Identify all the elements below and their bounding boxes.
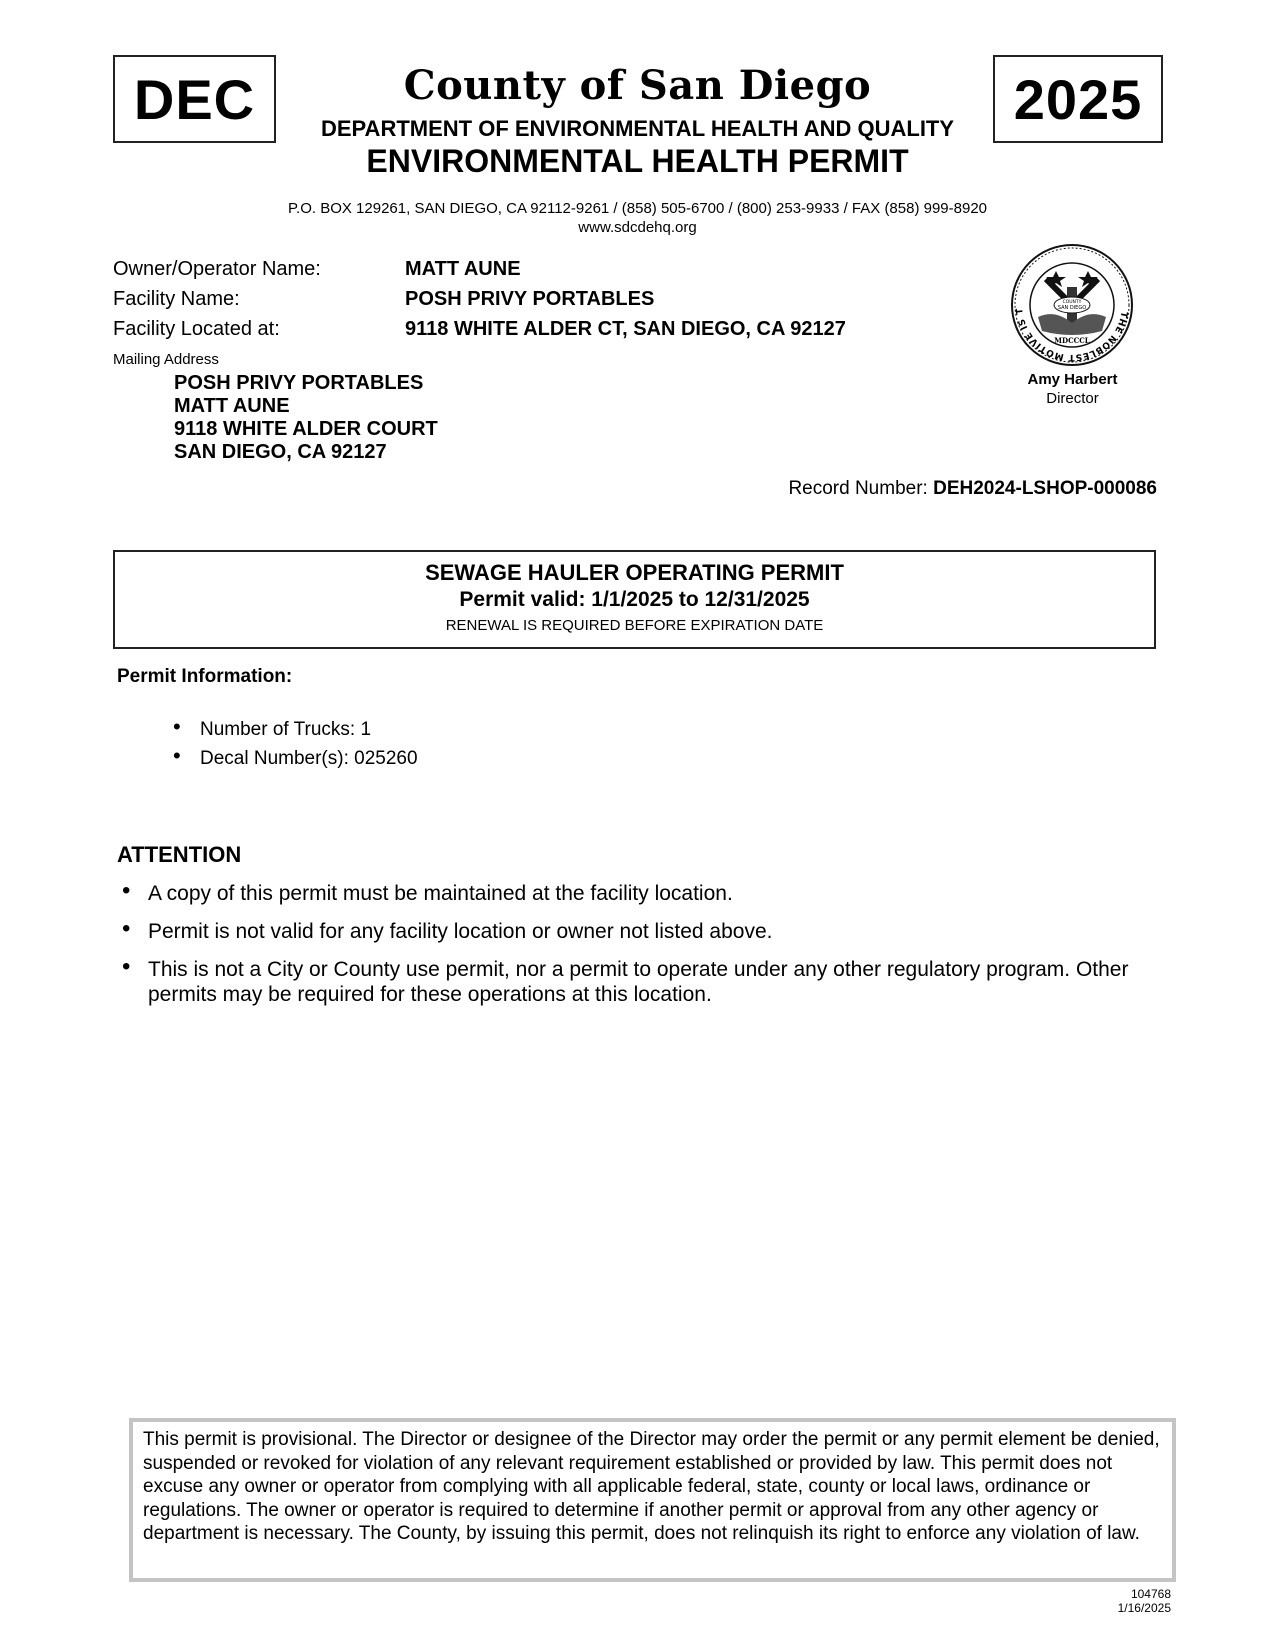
attention-list: A copy of this permit must be maintained… [148, 881, 1168, 1020]
list-item: A copy of this permit must be maintained… [148, 881, 1168, 906]
permit-summary-box: SEWAGE HAULER OPERATING PERMIT Permit va… [113, 550, 1156, 649]
owner-value: MATT AUNE [405, 258, 521, 281]
facility-name-label: Facility Name: [113, 288, 240, 311]
mailing-line: POSH PRIVY PORTABLES [174, 372, 438, 395]
permit-information-heading: Permit Information: [117, 666, 292, 688]
mailing-address-label: Mailing Address [113, 351, 219, 368]
director-name: Amy Harbert [1000, 370, 1145, 389]
county-seal-icon: THE NOBLEST MOTIVE IS THE PUBLIC GOOD CO… [1010, 243, 1134, 367]
department-name: DEPARTMENT OF ENVIRONMENTAL HEALTH AND Q… [290, 116, 985, 142]
list-item: Decal Number(s): 025260 [200, 744, 418, 773]
renewal-notice: RENEWAL IS REQUIRED BEFORE EXPIRATION DA… [115, 617, 1154, 634]
permit-validity: Permit valid: 1/1/2025 to 12/31/2025 [115, 588, 1154, 612]
record-number-value: DEH2024-LSHOP-000086 [933, 478, 1157, 499]
facility-location-label: Facility Located at: [113, 318, 280, 341]
owner-label: Owner/Operator Name: [113, 258, 321, 281]
attention-heading: ATTENTION [117, 842, 241, 868]
svg-text:SAN DIEGO: SAN DIEGO [1058, 305, 1086, 311]
record-number: Record Number: DEH2024-LSHOP-000086 [788, 478, 1157, 500]
facility-name-value: POSH PRIVY PORTABLES [405, 288, 654, 311]
contact-block: P.O. BOX 129261, SAN DIEGO, CA 92112-926… [150, 199, 1125, 237]
list-item: This is not a City or County use permit,… [148, 957, 1168, 1007]
list-item: Permit is not valid for any facility loc… [148, 919, 1168, 944]
permit-month: DEC [134, 67, 255, 132]
permit-month-box: DEC [113, 55, 276, 143]
document-heading: ENVIRONMENTAL HEALTH PERMIT [290, 143, 985, 180]
document-stamp: 104768 1/16/2025 [1118, 1587, 1171, 1615]
mailing-line: MATT AUNE [174, 395, 438, 418]
facility-location-value: 9118 WHITE ALDER CT, SAN DIEGO, CA 92127 [405, 318, 846, 341]
list-item: Number of Trucks: 1 [200, 715, 418, 744]
county-title: County of San Diego [300, 62, 975, 109]
record-number-label: Record Number: [788, 478, 927, 499]
mailing-address: POSH PRIVY PORTABLES MATT AUNE 9118 WHIT… [174, 372, 438, 464]
permit-information-list: Number of Trucks: 1 Decal Number(s): 025… [200, 715, 418, 773]
contact-line: P.O. BOX 129261, SAN DIEGO, CA 92112-926… [150, 199, 1125, 218]
permit-title: SEWAGE HAULER OPERATING PERMIT [115, 560, 1154, 586]
permit-year-box: 2025 [993, 55, 1163, 143]
director-block: Amy Harbert Director [1000, 370, 1145, 408]
director-title: Director [1000, 389, 1145, 408]
mailing-line: SAN DIEGO, CA 92127 [174, 441, 438, 464]
website: www.sdcdehq.org [150, 218, 1125, 237]
document-date: 1/16/2025 [1118, 1601, 1171, 1615]
permit-year: 2025 [1014, 67, 1143, 132]
disclaimer-box: This permit is provisional. The Director… [129, 1418, 1176, 1582]
document-number: 104768 [1118, 1587, 1171, 1601]
svg-text:MDCCCL: MDCCCL [1054, 336, 1090, 345]
mailing-line: 9118 WHITE ALDER COURT [174, 418, 438, 441]
